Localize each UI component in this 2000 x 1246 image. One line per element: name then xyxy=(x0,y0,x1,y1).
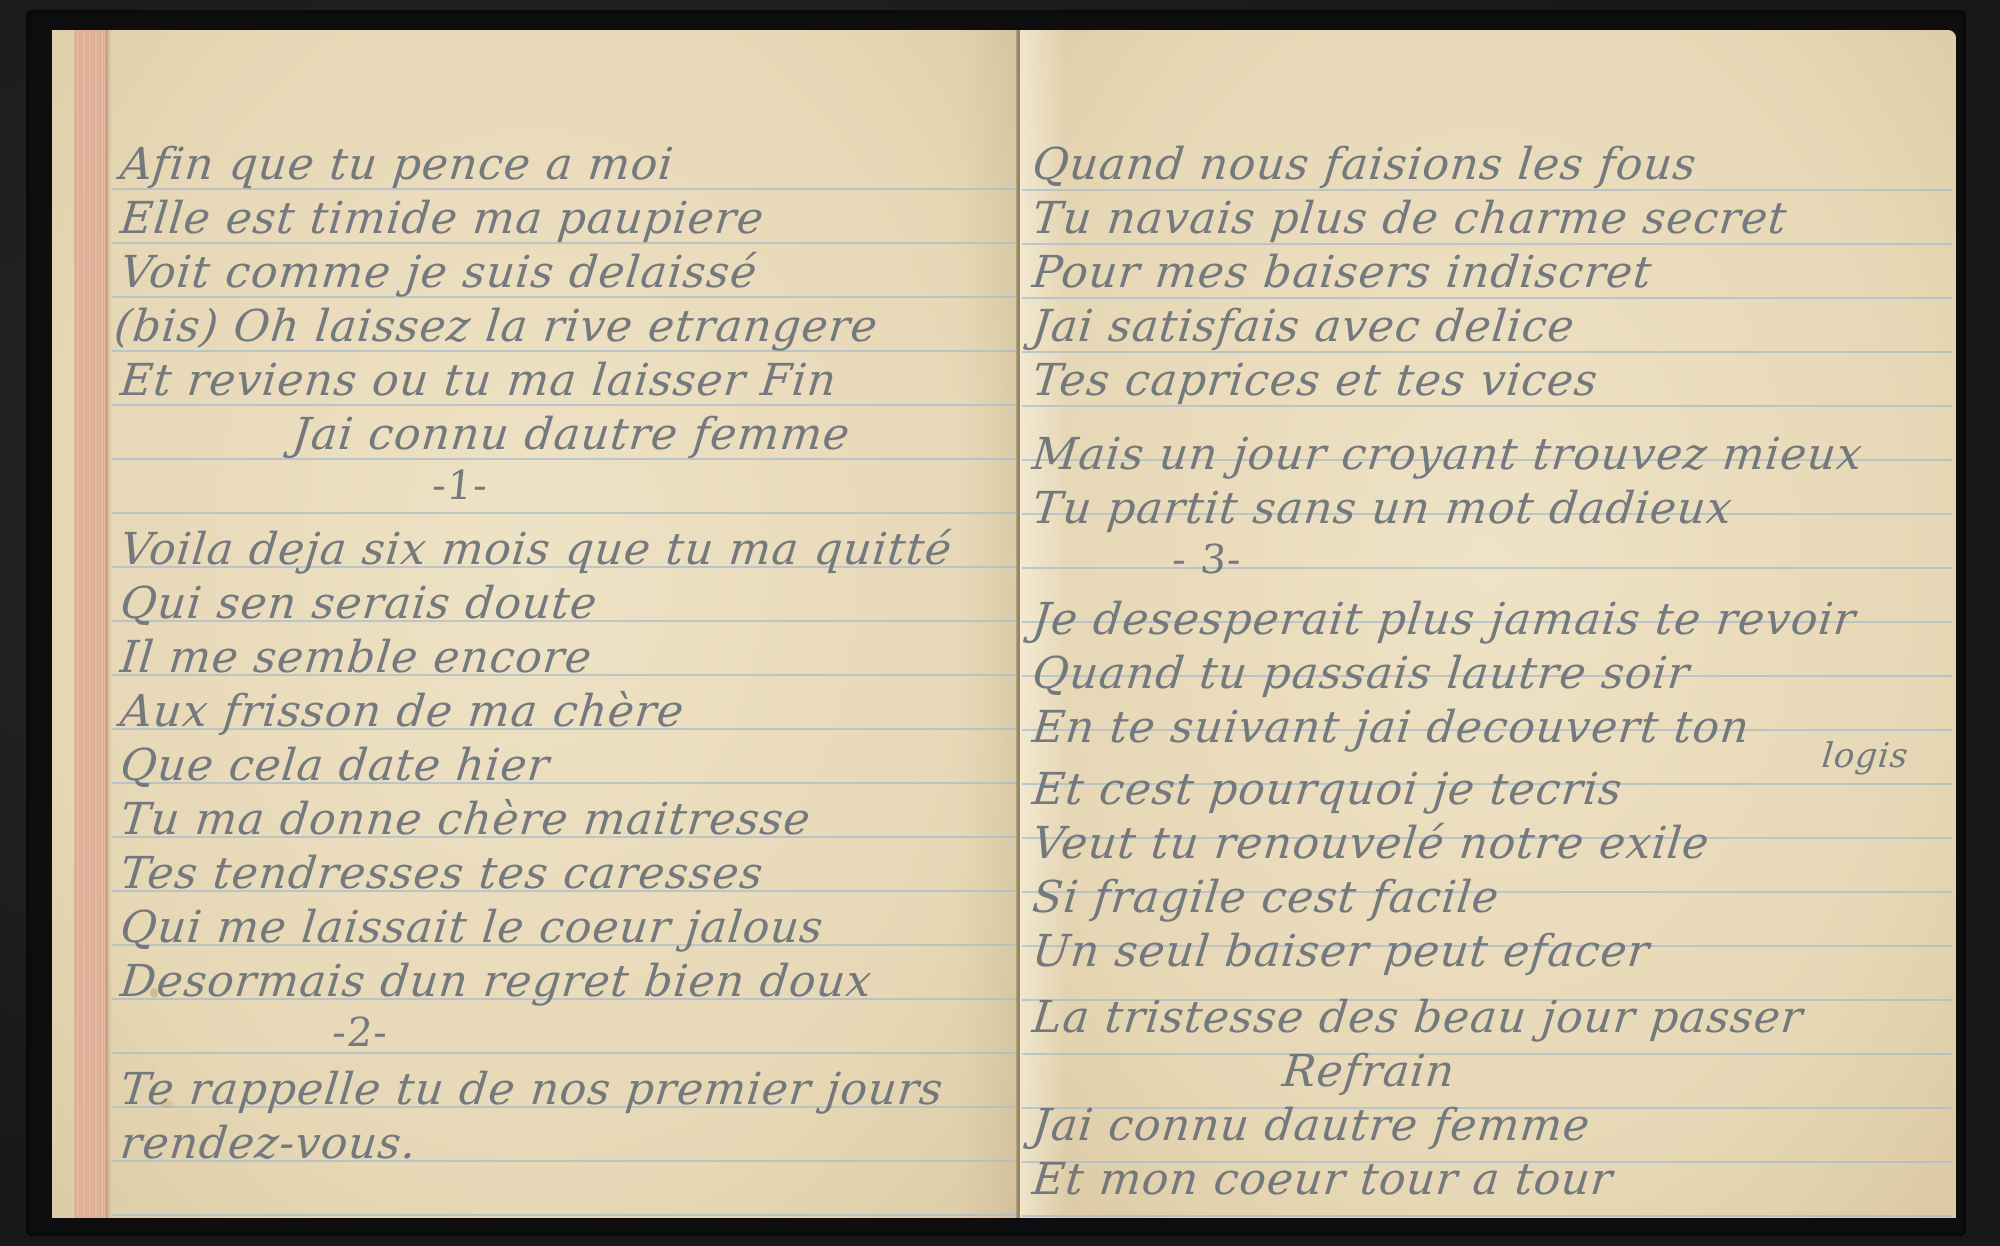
lyric-line: Tes caprices et tes vices xyxy=(1030,355,1600,406)
song-heading: Refrain xyxy=(1280,1046,1458,1097)
lyric-line: Et reviens ou tu ma laisser Fin xyxy=(118,355,839,406)
verse-number: -1- xyxy=(430,463,490,509)
lyric-line: Tu ma donne chère maitresse xyxy=(118,794,813,845)
lyric-line: Tes tendresses tes caresses xyxy=(118,848,766,899)
verse-number: -2- xyxy=(330,1010,390,1056)
lyric-line: Et cest pourquoi je tecris xyxy=(1030,764,1625,815)
page-edge-stack xyxy=(74,30,108,1218)
rule-line xyxy=(1022,1215,1952,1217)
stain xyxy=(160,1100,174,1108)
lyric-line: Desormais dun regret bien doux xyxy=(118,956,875,1007)
song-heading: Jai connu dautre femme xyxy=(290,409,853,460)
lyric-line: Il me semble encore xyxy=(118,632,595,683)
lyric-line: Elle est timide ma paupiere xyxy=(118,193,767,244)
lyric-line: Te rappelle tu de nos premier jours xyxy=(118,1064,946,1115)
stain xyxy=(150,988,158,998)
rule-line xyxy=(112,1214,1016,1216)
lyric-line: Tu partit sans un mot dadieux xyxy=(1030,483,1735,534)
lyric-line: Si fragile cest facile xyxy=(1030,872,1502,923)
lyric-line: Jai connu dautre femme xyxy=(1030,1100,1593,1151)
lyric-line: Voila deja six mois que tu ma quitté xyxy=(118,524,955,575)
lyric-line: Un seul baiser peut efacer xyxy=(1030,926,1652,977)
lyric-line: Afin que tu pence a moi xyxy=(118,139,676,190)
verse-number: - 3- xyxy=(1170,537,1244,583)
lyric-line: Mais un jour croyant trouvez mieux xyxy=(1030,429,1865,480)
lyric-line: Et mon coeur tour a tour xyxy=(1030,1154,1616,1205)
rule-line xyxy=(1022,1053,1952,1055)
lyric-line: (bis) Oh laissez la rive etrangere xyxy=(112,301,881,352)
lyric-line: La tristesse des beau jour passer xyxy=(1030,992,1806,1043)
page-edge-shadow xyxy=(106,30,112,1218)
lyric-line: En te suivant jai decouvert ton xyxy=(1030,702,1752,753)
lyric-line: Quand tu passais lautre soir xyxy=(1030,648,1693,699)
lyric-line: Quand nous faisions les fous xyxy=(1030,139,1699,190)
lyric-line: Veut tu renouvelé notre exile xyxy=(1030,818,1712,869)
lyric-line: Aux frisson de ma chère xyxy=(118,686,687,737)
margin-annotation: logis xyxy=(1820,736,1911,776)
rule-line xyxy=(112,1052,1016,1054)
lyric-line: Qui me laissait le coeur jalous xyxy=(118,902,826,953)
lyric-line: Que cela date hier xyxy=(118,740,552,791)
lyric-line: Tu navais plus de charme secret xyxy=(1030,193,1790,244)
lyric-line: Jai satisfais avec delice xyxy=(1030,301,1577,352)
lyric-line: rendez-vous. xyxy=(118,1118,419,1169)
lyric-line: Voit comme je suis delaissé xyxy=(118,247,760,298)
lyric-line: Pour mes baisers indiscret xyxy=(1030,247,1655,298)
rule-line xyxy=(1022,567,1952,569)
rule-line xyxy=(112,512,1016,514)
lyric-line: Qui sen serais doute xyxy=(118,578,600,629)
lyric-line: Je desesperait plus jamais te revoir xyxy=(1030,594,1858,645)
